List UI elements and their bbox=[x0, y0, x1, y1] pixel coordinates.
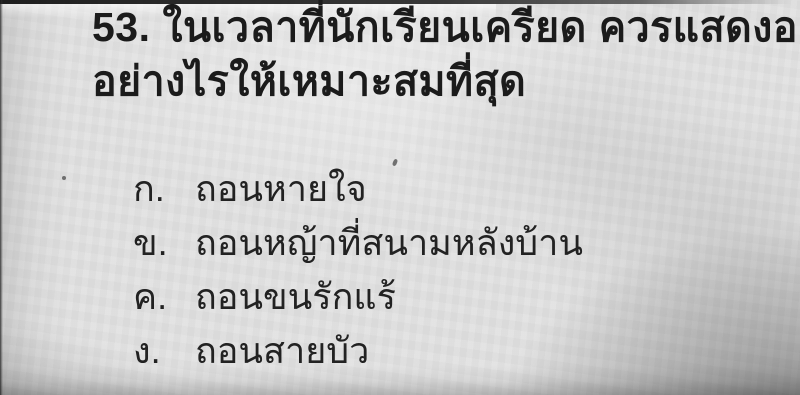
choice-letter: ก. bbox=[133, 160, 195, 217]
choice-letter: ง. bbox=[133, 322, 195, 379]
choice-text: ถอนหญ้าที่สนามหลังบ้าน bbox=[195, 214, 583, 271]
choice-letter: ค. bbox=[133, 268, 195, 325]
choice-row-3: ง. ถอนสายบัว bbox=[133, 323, 583, 377]
scan-artifact-speck bbox=[62, 176, 66, 180]
choice-text: ถอนหายใจ bbox=[195, 160, 367, 217]
question-line-1: 53.ในเวลาที่นักเรียนเครียด ควรแสดงออก bbox=[92, 0, 800, 54]
choice-row-2: ค. ถอนขนรักแร้ bbox=[133, 269, 583, 323]
choice-letter: ข. bbox=[133, 214, 195, 271]
scan-left-edge-shadow bbox=[0, 0, 3, 395]
choice-row-1: ข. ถอนหญ้าที่สนามหลังบ้าน bbox=[133, 215, 583, 269]
choice-row-0: ก. ถอนหายใจ bbox=[133, 161, 583, 215]
question-block: 53.ในเวลาที่นักเรียนเครียด ควรแสดงออก อย… bbox=[92, 0, 800, 108]
question-text-line-2: อย่างไรให้เหมาะสมที่สุด bbox=[92, 58, 526, 104]
question-text-line-1: ในเวลาที่นักเรียนเครียด ควรแสดงออก bbox=[163, 4, 800, 50]
choice-text: ถอนขนรักแร้ bbox=[195, 268, 396, 325]
answer-choices: ก. ถอนหายใจ ข. ถอนหญ้าที่สนามหลังบ้าน ค.… bbox=[133, 161, 583, 377]
question-line-2: อย่างไรให้เหมาะสมที่สุด bbox=[92, 54, 800, 108]
question-number: 53. bbox=[92, 4, 151, 50]
scanned-exam-page: 53.ในเวลาที่นักเรียนเครียด ควรแสดงออก อย… bbox=[0, 0, 800, 395]
choice-text: ถอนสายบัว bbox=[195, 322, 369, 379]
